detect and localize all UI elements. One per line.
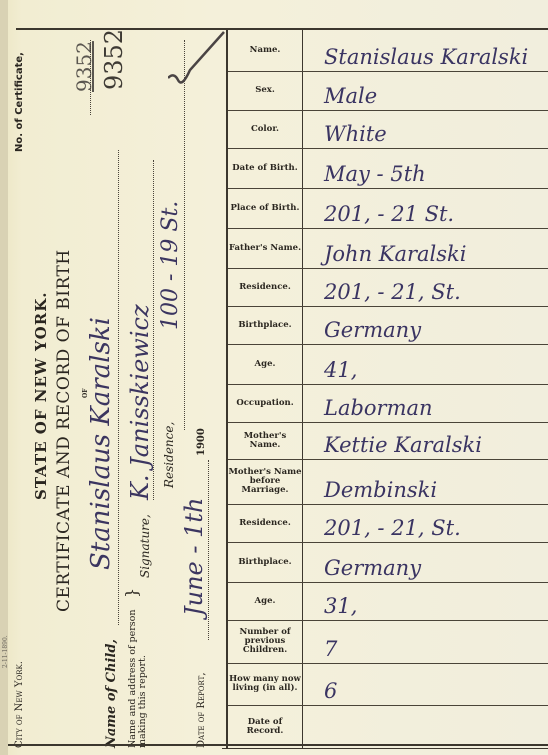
- field-value: White: [324, 122, 542, 146]
- field-row: Date of Birth.May - 5th: [228, 148, 548, 189]
- field-row: Occupation.Laborman: [228, 384, 548, 423]
- stamp-underline: [90, 40, 91, 115]
- field-row: Birthplace.Germany: [228, 542, 548, 583]
- field-value: May - 5th: [324, 162, 542, 186]
- field-label: Date of Birth.: [228, 148, 302, 188]
- field-row: Mother's Name before Marriage.Dembinski: [228, 459, 548, 505]
- field-value: 6: [324, 679, 542, 703]
- field-value: 201, - 21 St.: [324, 202, 542, 226]
- field-value: 31,: [324, 594, 542, 618]
- field-row: Age.41,: [228, 344, 548, 385]
- field-label: Name.: [228, 30, 302, 71]
- field-row: Mother's Name.Kettie Karalski: [228, 422, 548, 460]
- residence-value: 100 - 19 St.: [158, 201, 183, 330]
- field-row: How many now living (in all).6: [228, 663, 548, 706]
- field-row: Sex.Male: [228, 71, 548, 111]
- name-of-child-value: Stanislaus Karalski: [86, 317, 116, 570]
- date-line: [208, 460, 209, 640]
- field-label: Residence.: [228, 268, 302, 306]
- signature-line: [153, 160, 154, 500]
- certificate-no-stamp-1: 9352: [72, 41, 96, 92]
- signature-value: K. Janisskiewicz: [126, 304, 154, 500]
- field-value: 201, - 21, St.: [324, 516, 542, 540]
- field-row: Place of Birth.201, - 21 St.: [228, 188, 548, 229]
- certificate-no-label: No. of Certificate,: [14, 52, 25, 152]
- field-value: Laborman: [324, 396, 542, 420]
- date-of-report-year: 1900: [196, 428, 207, 456]
- checkmark-icon: [168, 30, 228, 100]
- date-of-report-label: Date of Report,: [196, 672, 207, 748]
- field-label: Color.: [228, 110, 302, 148]
- table-bottom-border-2: [222, 748, 548, 749]
- field-label: Age.: [228, 344, 302, 384]
- field-value: Stanislaus Karalski: [324, 45, 542, 69]
- field-value: 7: [324, 637, 542, 661]
- field-label: Mother's Name before Marriage.: [228, 459, 302, 504]
- field-value: Germany: [324, 318, 542, 342]
- city-label: City of New York.: [14, 661, 25, 748]
- brace-glyph: }: [122, 588, 141, 598]
- field-value: Germany: [324, 556, 542, 580]
- field-label: Mother's Name.: [228, 422, 302, 459]
- state-title: STATE OF NEW YORK.: [32, 292, 50, 500]
- field-label: How many now living (in all).: [228, 663, 302, 705]
- field-label: Place of Birth.: [228, 188, 302, 228]
- table-bottom-border: [222, 744, 548, 746]
- field-row: Father's Name.John Karalski: [228, 228, 548, 269]
- certificate-no-stamp-2: 9352: [100, 29, 128, 90]
- form-code: 2-11-1890.: [2, 635, 9, 668]
- field-value: Kettie Karalski: [324, 433, 542, 457]
- field-row: Birthplace.Germany: [228, 306, 548, 345]
- residence-label: Residence,: [162, 422, 176, 488]
- field-label: Date of Record.: [228, 705, 302, 748]
- certificate-stub: No. of Certificate, 9352 9352 STATE OF N…: [0, 0, 222, 755]
- reporter-label: Name and address of person making this r…: [128, 608, 148, 748]
- name-line: [118, 150, 119, 625]
- name-of-child-label: Name of Child,: [104, 639, 119, 748]
- date-of-report-value: June - 1th: [180, 498, 208, 616]
- field-row: Age.31,: [228, 582, 548, 621]
- certificate-title: CERTIFICATE AND RECORD OF BIRTH: [54, 249, 74, 612]
- field-label: Birthplace.: [228, 306, 302, 344]
- signature-label: Signature,: [138, 514, 152, 578]
- field-label: Sex.: [228, 71, 302, 110]
- field-row: Color.White: [228, 110, 548, 149]
- field-label: Age.: [228, 582, 302, 620]
- field-row: Name.Stanislaus Karalski: [228, 30, 548, 72]
- field-label: Father's Name.: [228, 228, 302, 268]
- field-row: Number of previous Children.7: [228, 620, 548, 664]
- stub-bottom-border: [8, 744, 222, 746]
- field-value: Male: [324, 84, 542, 108]
- field-row: Date of Record.: [228, 705, 548, 749]
- field-label: Number of previous Children.: [228, 620, 302, 663]
- field-value: John Karalski: [324, 242, 542, 266]
- field-value: 201, - 21, St.: [324, 280, 542, 304]
- birth-record-table: Name.Stanislaus KaralskiSex.MaleColor.Wh…: [222, 28, 548, 748]
- field-row: Residence.201, - 21, St.: [228, 268, 548, 307]
- field-label: Residence.: [228, 504, 302, 542]
- field-label: Occupation.: [228, 384, 302, 422]
- field-label: Birthplace.: [228, 542, 302, 582]
- field-value: Dembinski: [324, 478, 542, 502]
- field-value: 41,: [324, 358, 542, 382]
- field-row: Residence.201, - 21, St.: [228, 504, 548, 543]
